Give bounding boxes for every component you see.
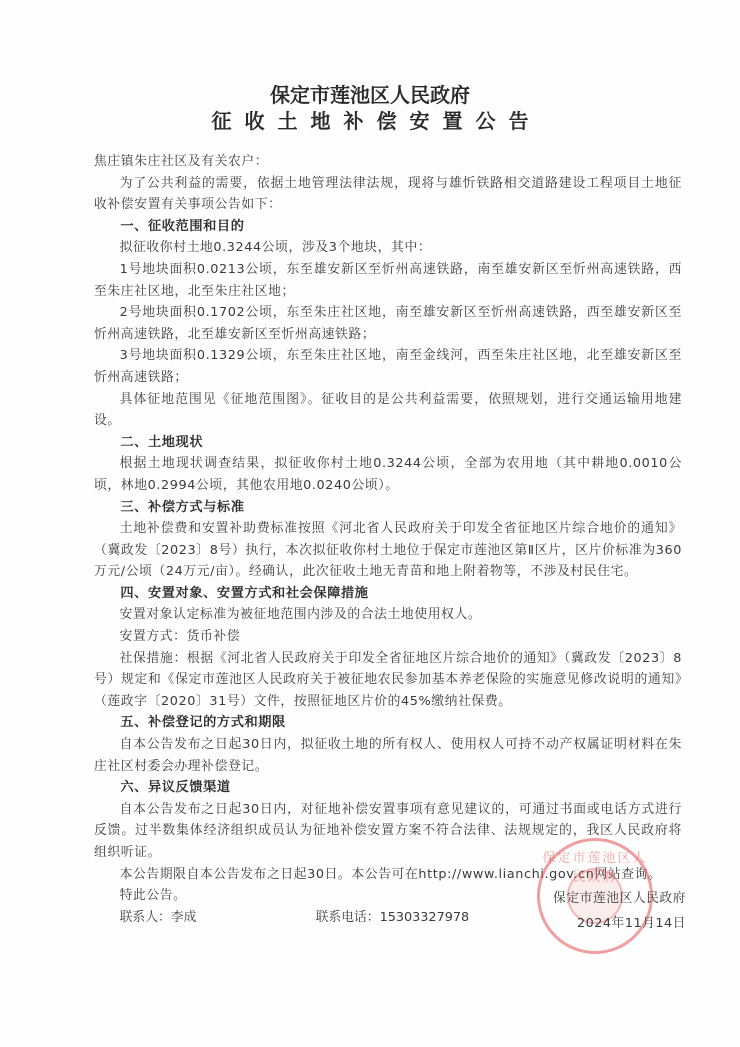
intro-paragraph: 为了公共利益的需要，依据土地管理法律法规，现将与雄忻铁路相交道路建设工程项目土地…: [94, 173, 682, 216]
issuer-name: 保定市莲池区人民政府: [516, 886, 686, 911]
paragraph: 1号地块面积0.0213公顷，东至雄安新区至忻州高速铁路，南至雄安新区至忻州高速…: [94, 259, 682, 302]
section-heading-2: 二、土地现状: [94, 432, 682, 454]
document-title: 征收土地补偿安置公告: [0, 105, 740, 134]
paragraph: 土地补偿费和安置补助费标准按照《河北省人民政府关于印发全省征地区片综合地价的通知…: [94, 518, 682, 583]
contact-phone: 联系电话：15303327978: [316, 907, 470, 929]
paragraph: 社保措施：根据《河北省人民政府关于印发全省征地区片综合地价的通知》（冀政发〔20…: [94, 648, 682, 713]
paragraph: 具体征地范围见《征地范围图》。征收目的是公共利益需要，依照规划，进行交通运输用地…: [94, 389, 682, 432]
paragraph: 拟征收你村土地0.3244公顷，涉及3个地块，其中：: [94, 237, 682, 259]
addressee: 焦庄镇朱庄社区及有关农户：: [94, 151, 682, 173]
paragraph: 2号地块面积0.1702公顷，东至朱庄社区地，南至雄安新区至忻州高速铁路，西至雄…: [94, 302, 682, 345]
paragraph: 根据土地现状调查结果，拟征收你村土地0.3244公顷，全部为农用地（其中耕地0.…: [94, 453, 682, 496]
paragraph: 安置方式：货币补偿: [94, 626, 682, 648]
section-heading-1: 一、征收范围和目的: [94, 216, 682, 238]
section-heading-5: 五、补偿登记的方式和期限: [94, 712, 682, 734]
section-heading-4: 四、安置对象、安置方式和社会保障措施: [94, 583, 682, 605]
issue-date: 2024年11月14日: [516, 911, 686, 936]
paragraph: 安置对象认定标准为被征地范围内涉及的合法土地使用权人。: [94, 604, 682, 626]
document-page: 保定市莲池区人民政府 征收土地补偿安置公告 焦庄镇朱庄社区及有关农户： 为了公共…: [0, 0, 740, 1047]
signature-block: 保定市莲池区人民政府 2024年11月14日: [516, 886, 686, 936]
document-body: 焦庄镇朱庄社区及有关农户： 为了公共利益的需要，依据土地管理法律法规，现将与雄忻…: [94, 151, 682, 928]
paragraph: 自本公告发布之日起30日内，拟征收土地的所有权人、使用权人可持不动产权属证明材料…: [94, 734, 682, 777]
document-title-issuer: 保定市莲池区人民政府: [0, 79, 740, 108]
paragraph: 3号地块面积0.1329公顷，东至朱庄社区地，南至金线河，西至朱庄社区地，北至雄…: [94, 345, 682, 388]
contact-person: 联系人：李成: [120, 907, 316, 929]
section-heading-6: 六、异议反馈渠道: [94, 777, 682, 799]
section-heading-3: 三、补偿方式与标准: [94, 497, 682, 519]
